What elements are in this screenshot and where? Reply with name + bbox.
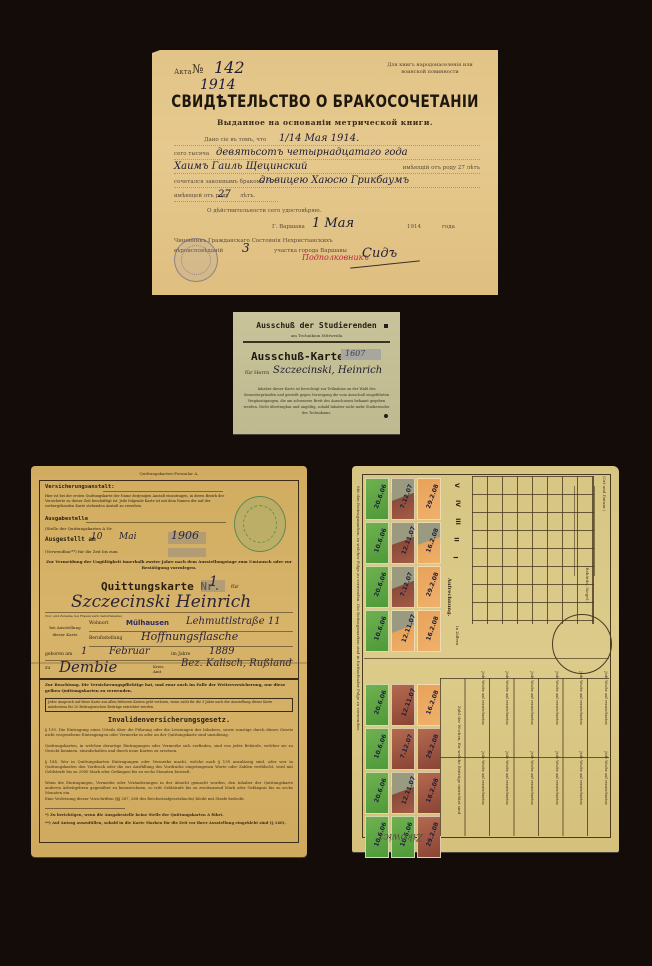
act-year: 1914 — [200, 77, 236, 93]
accounting-grid — [472, 476, 594, 624]
law-paragraph-184: § 184. Wer in Quittungskarten Eintragung… — [45, 759, 293, 775]
name-caption: (Vor- und Zuname, bei Frauen auch Geburt… — [45, 614, 122, 618]
issue-label: bei Ausstellung dieser Karte — [45, 624, 85, 638]
class-header-ii: II — [453, 537, 460, 541]
card-number: 1 — [209, 574, 218, 590]
weeks-cell: Jede Woche auf verzeichneten — [481, 671, 485, 725]
insurance-note: Hier ist bei der ersten Quittungskarte d… — [45, 494, 231, 509]
seal-circle — [552, 614, 612, 674]
handwritten-signature: Zikowicz — [378, 831, 423, 842]
class-header-i: I — [452, 556, 459, 558]
insurance-stamp: 10.6.06 — [365, 610, 389, 652]
insurance-stamp: 12.11.07 — [391, 522, 415, 564]
cert-row-groom: Хаимъ Гаиль Щецинский имѣющій отъ роду 2… — [174, 160, 480, 174]
born-year-label: im Jahre — [171, 652, 190, 657]
card-number: 1607 — [341, 349, 381, 360]
accounting-label: Aufrechnung. — [446, 578, 452, 616]
class-header-iv: IV — [454, 500, 461, 507]
weeks-cell: Jede Woche auf verzeichneten — [505, 671, 509, 725]
insurance-stamp: 20.6.06 — [365, 772, 389, 814]
insurance-stamp-card: 20.6.06 7.12.07 29.2.08 10.6.06 12.11.07… — [352, 466, 619, 852]
holder-name: Szczecinski, Heinrich — [273, 365, 382, 376]
weeks-cell: Jede Woche auf verzeichneten — [604, 751, 608, 805]
insurance-label: Versicherungsanstalt: — [45, 484, 115, 490]
weeks-cell: Jede Woche auf verzeichneten — [505, 751, 509, 805]
insurance-stamp: 29.2.08 — [417, 728, 441, 770]
issued-year: 1906 — [171, 529, 199, 542]
place-date-label: (Ort und Datum.) — [602, 476, 607, 511]
insurance-stamp: 16.2.08 — [417, 610, 441, 652]
law-paragraph-139b: Quittungskarten, in welchen derartige Ei… — [45, 743, 293, 753]
official-seal-stamp — [174, 238, 218, 282]
issuing-office-label: Ausgabestelle — [45, 516, 88, 522]
issued-on-label: Ausgestellt am — [45, 536, 96, 543]
cert-row-bride-age: имѣющей отъ роду 27 лѣтъ. — [174, 188, 278, 202]
side-text: Mit den Beitragsmarken, in welcher Folge… — [356, 486, 361, 731]
act-number-label: № — [192, 62, 203, 76]
punch-hole — [384, 414, 388, 418]
weeks-grid — [440, 678, 609, 836]
cert-row-year: сего тысяча девятьсотъ четырнадцатаго го… — [174, 146, 480, 160]
footnote-2: **) Auf Antrag auszufüllen, sobald in di… — [45, 820, 293, 825]
for-label: für Herrn — [245, 370, 269, 376]
insurance-stamp: 29.2.08 — [417, 566, 441, 608]
place-label: zu — [45, 666, 50, 671]
weeks-cell: Jede Woche auf verzeichneten — [555, 671, 559, 725]
insurance-stamp: 20.6.06 — [365, 684, 389, 726]
student-committee-card: Ausschuß der Studierenden am Technikum M… — [233, 312, 400, 434]
born-day: 1 — [81, 646, 87, 657]
footnote-1: *) Zu berichtigen, wenn die Ausgabestell… — [45, 812, 293, 817]
act-number: 142 — [214, 58, 245, 77]
born-year: 1889 — [209, 646, 234, 657]
law-paragraph-139: § 139. Die Eintragung eines Urteils über… — [45, 727, 293, 737]
birth-place: Dembie — [59, 658, 117, 676]
insurance-stamp: 12.11.07 — [391, 772, 415, 814]
born-month: Februar — [109, 646, 150, 657]
cert-row-bride: сочетался законнымъ бракомъ съ дѣвицею Х… — [174, 174, 480, 188]
notice: Zur Beachtung. Die Versicherungspflichti… — [45, 682, 293, 693]
boxed-notice-frame: Jeder Anspruch auf diese Karte aus allen… — [45, 698, 293, 712]
class-header-v: V — [453, 483, 460, 488]
law-paragraph-184b: Wenn die Eintragungen, Vermerke oder Ver… — [45, 780, 293, 796]
official-signature: Сидъ — [362, 246, 397, 261]
weeks-cell: Jede Woche auf verzeichneten — [579, 671, 583, 725]
insurance-stamp: 12.11.07 — [391, 684, 415, 726]
insurance-stamp: 7.12.07 — [391, 478, 415, 520]
weeks-cell: Jede Woche auf verzeichneten — [604, 671, 608, 725]
cert-place-date: Г. Варшава 1 Мая 1914 года — [272, 218, 480, 232]
insurance-stamp: 16.2.08 — [417, 684, 441, 726]
insurance-stamp: 20.6.06 — [365, 478, 389, 520]
born-label: geboren am — [45, 652, 72, 657]
occupation-value: Hoffnungsflasche — [141, 630, 238, 643]
used-label: (Verwendbar**) für die Zeit bis zum — [45, 549, 118, 554]
certificate-title: СВИДѢТЕЛЬСТВО О БРАКОСОЧЕТАНІИ — [152, 92, 498, 112]
issued-day: 10 — [91, 532, 102, 542]
holder-name: Szczecinski Heinrich — [71, 592, 251, 612]
in-words-label: In Ziffern — [455, 626, 460, 645]
corner-note: Для книгъ народонаселенія или воинской п… — [380, 62, 480, 76]
red-signature-title: Подполковникъ — [302, 253, 369, 262]
insurance-stamp: 20.6.06 — [365, 566, 389, 608]
act-label: Акта — [174, 68, 192, 76]
insurance-stamp: 10.6.06 — [365, 728, 389, 770]
insurance-stamp: 29.2.08 — [417, 478, 441, 520]
boxed-notice: Jeder Anspruch auf diese Karte aus allen… — [48, 700, 290, 710]
insurance-stamp: 16.2.08 — [417, 522, 441, 564]
insurance-stamp: 10.6.06 — [365, 522, 389, 564]
quittungskarte-receipt-card: Quittungskarten-Formular A. Versicherung… — [31, 466, 307, 857]
card-terms: Inhaber dieser Karte ist berechtigt zur … — [243, 386, 390, 416]
insurance-stamp: 16.2.08 — [417, 772, 441, 814]
law-paragraph-penalty: Eine Verletzung dieser Vorschriften (§§ … — [45, 796, 293, 801]
cert-attest: О дѣйствительности сего удостовѣряю. — [207, 202, 480, 216]
green-official-seal — [234, 496, 286, 552]
weeks-cell: Jede Woche auf verzeichneten — [481, 751, 485, 805]
law-title: Invalidenversicherungsgesetz. — [31, 716, 307, 724]
card-heading: Ausschuß der Studierenden — [233, 321, 400, 330]
exchange-warning: Zur Vermeidung der Ungültigkeit innerhal… — [45, 559, 293, 571]
residence-label: Wohnort — [89, 621, 109, 626]
card-subheading: am Technikum Mittweida — [233, 333, 400, 338]
insurance-stamp: 7.12.07 — [391, 728, 415, 770]
insurance-stamp: 7.12.07 — [391, 566, 415, 608]
cert-row-date: Дано сіе въ томъ, что 1/14 Мая 1914. — [174, 132, 480, 146]
insurance-stamp: 12.11.07 — [391, 610, 415, 652]
issued-month: Mai — [119, 532, 136, 542]
weeks-cell: Jede Woche auf verzeichneten — [530, 671, 534, 725]
occupation-label: Berufsstellung — [89, 636, 122, 641]
residence-address: Lehmuttlstraße 11 — [186, 616, 281, 627]
certificate-subtitle: Выданное на основаніи метрической книги. — [152, 118, 498, 127]
district-label: Kreis Amt — [153, 664, 167, 674]
weeks-cell: Jede Woche auf verzeichneten — [579, 751, 583, 805]
fold-crease — [31, 662, 307, 664]
weeks-cell: Jede Woche auf verzeichneten — [555, 751, 559, 805]
heading-rule — [243, 341, 390, 343]
replacement-label: (Stelle der Quittungskarten A Nr. — [45, 526, 113, 531]
marriage-certificate: Акта № 142 1914 Для книгъ народонаселені… — [152, 50, 498, 295]
class-header-iii: III — [454, 518, 461, 525]
form-label: Quittungskarten-Formular A. — [31, 471, 307, 476]
weeks-cell: Jede Woche auf verzeichneten — [530, 751, 534, 805]
residence-stamp: Mülhausen — [126, 619, 169, 627]
stamp-grid-top: 20.6.06 7.12.07 29.2.08 10.6.06 12.11.07… — [365, 478, 441, 652]
for-label: für — [231, 584, 238, 590]
authority-label: (Behörde, Siegel.) — [585, 566, 590, 603]
